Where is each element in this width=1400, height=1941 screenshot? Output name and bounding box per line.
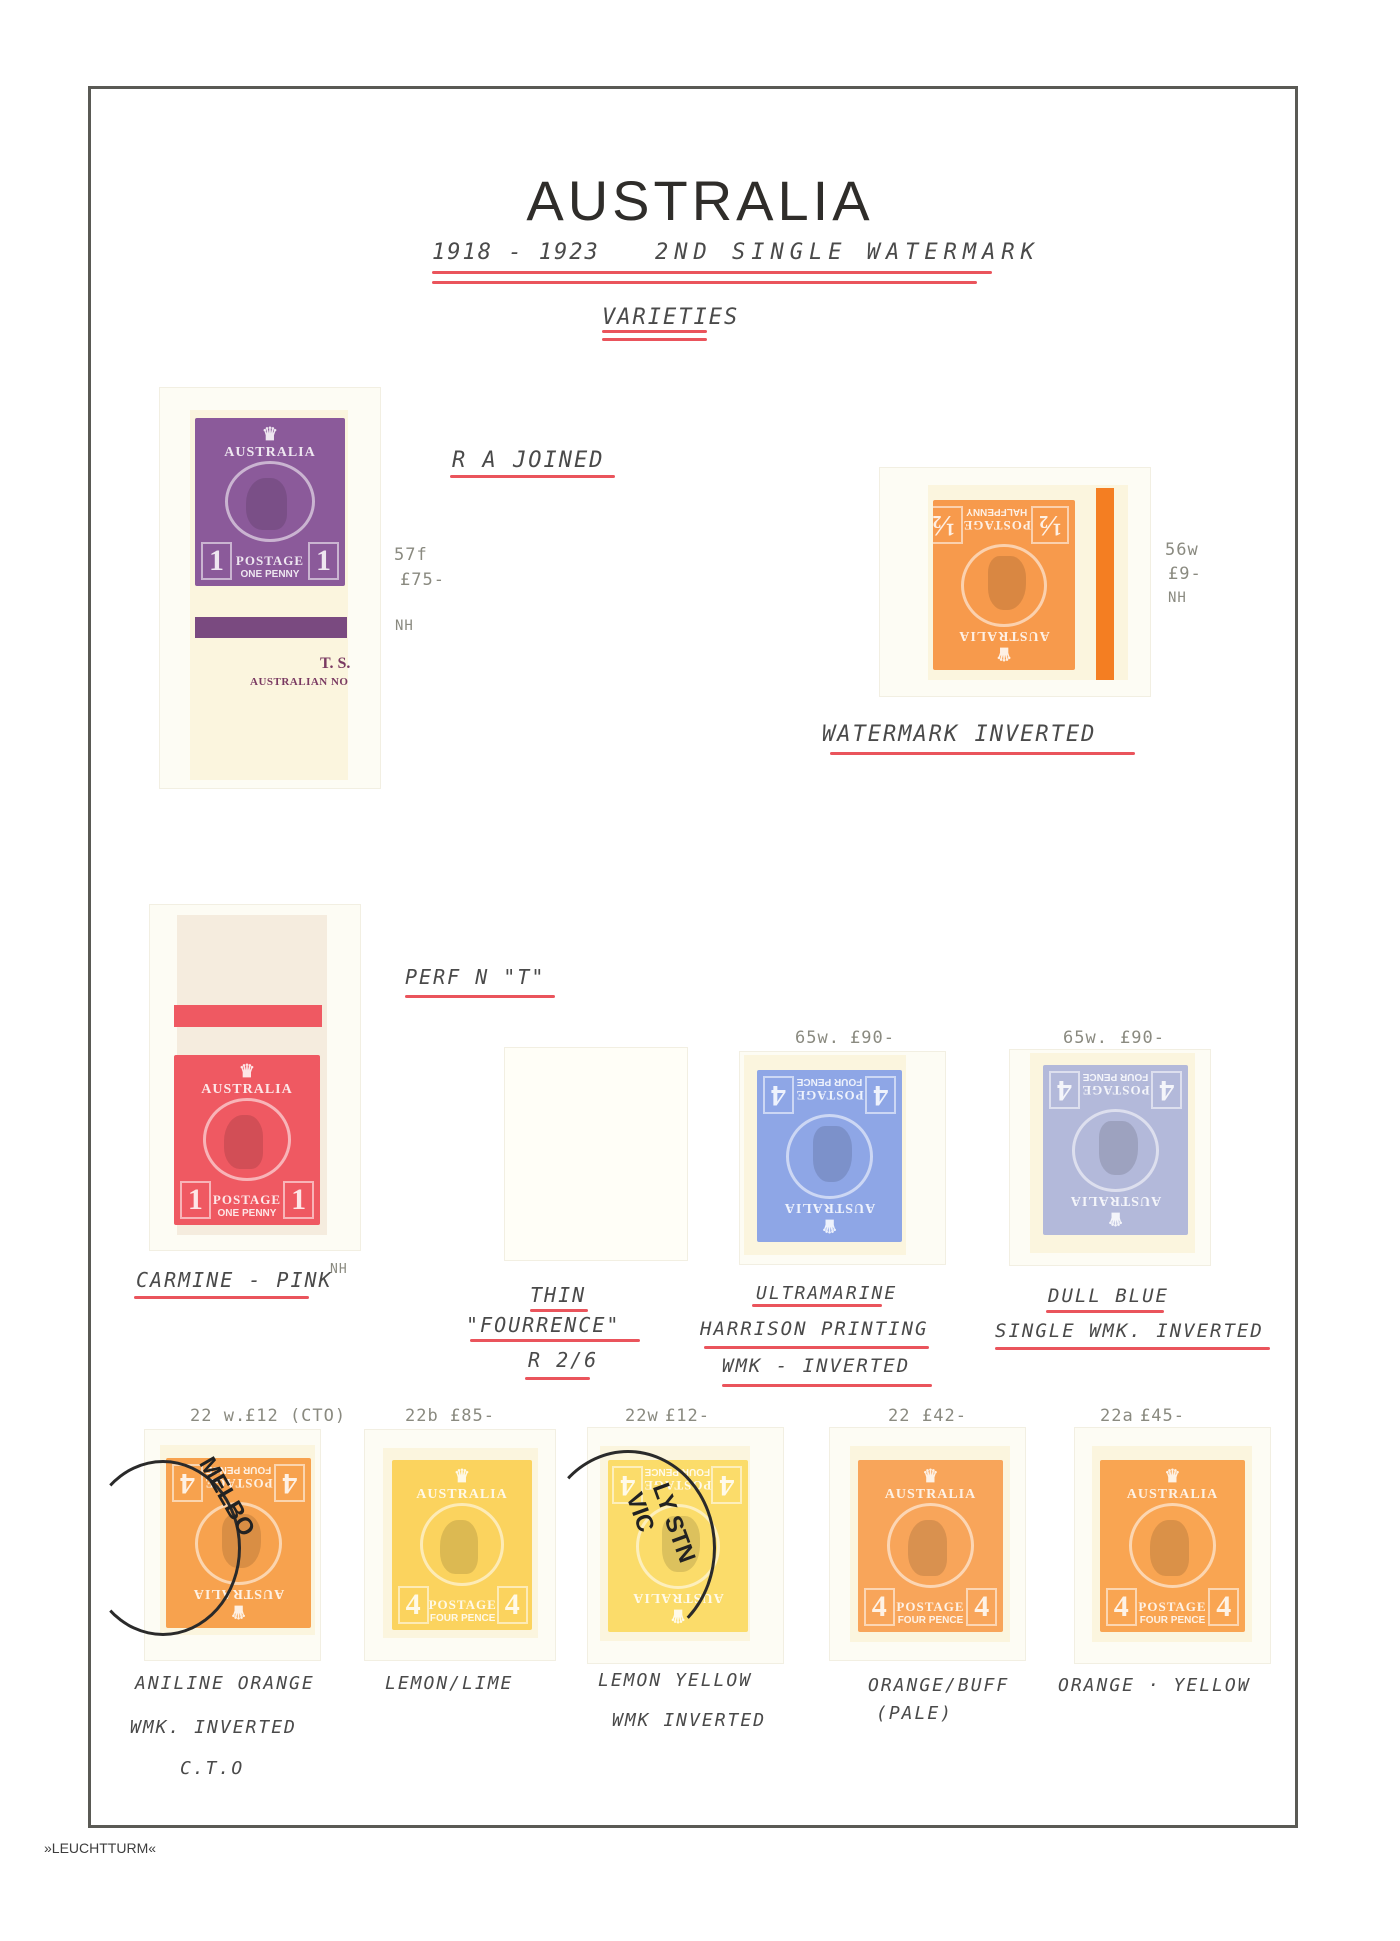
stamp-value: 4 — [497, 1586, 528, 1624]
label-line: WMK - INVERTED — [722, 1355, 910, 1377]
page-title: AUSTRALIA — [0, 168, 1400, 233]
stamp-value: 4 — [864, 1588, 895, 1626]
crown-icon: ♛ — [454, 1466, 470, 1487]
stamp-value: 1 — [201, 542, 232, 580]
stamp-postage: POSTAGE — [963, 517, 1031, 533]
stamp-value: ½ — [1031, 506, 1070, 544]
label-line: WMK INVERTED — [612, 1710, 766, 1731]
subtitle-years: 1918 - 1923 — [432, 240, 600, 265]
underline — [830, 752, 1135, 755]
price: £45- — [1140, 1406, 1185, 1426]
catalogue-number: 57f — [394, 545, 428, 565]
stamp-4d-lemon-lime[interactable]: ♛ AUSTRALIA 4 POSTAGEFOUR PENCE 4 — [392, 1460, 532, 1630]
stamp-word: FOUR PENCE — [797, 1076, 863, 1087]
underline — [1046, 1310, 1164, 1313]
condition: NH — [395, 618, 414, 634]
stamp-value: 4 — [966, 1588, 997, 1626]
empty-stamp-mount — [505, 1048, 687, 1260]
stamp-word: FOUR PENCE — [1140, 1615, 1206, 1626]
king-portrait — [1072, 1109, 1159, 1192]
stamp-word: FOUR PENCE — [430, 1613, 496, 1624]
postmark-text: LY STN VIC — [620, 1479, 707, 1592]
crown-icon: ♛ — [922, 1466, 938, 1487]
label-line: R 2/6 — [528, 1348, 598, 1372]
stamp-value: 4 — [865, 1076, 896, 1114]
stamp-country: AUSTRALIA — [958, 627, 1049, 643]
stamp-4d-orange-buff[interactable]: ♛ AUSTRALIA 4 POSTAGEFOUR PENCE 4 — [858, 1460, 1003, 1632]
label-line: DULL BLUE — [1048, 1285, 1169, 1307]
stamp-word: ONE PENNY — [241, 569, 300, 580]
stamp-postage: POSTAGE — [429, 1597, 497, 1613]
condition: NH — [330, 1262, 348, 1277]
stamp-country: AUSTRALIA — [201, 1082, 292, 1098]
label-line: WMK. INVERTED — [130, 1717, 297, 1738]
king-portrait — [1129, 1503, 1216, 1588]
label-ra-joined: R A JOINED — [452, 448, 604, 473]
stamp-4d-ultramarine[interactable]: ♛ AUSTRALIA 4 POSTAGEFOUR PENCE 4 — [757, 1070, 902, 1242]
label-line: SINGLE WMK. INVERTED — [995, 1320, 1264, 1342]
crown-icon: ♛ — [1107, 1208, 1123, 1229]
stamp-value: 4 — [398, 1586, 429, 1624]
crown-icon: ♛ — [262, 424, 278, 445]
stamp-word: ONE PENNY — [218, 1208, 277, 1219]
stamp-country: AUSTRALIA — [784, 1199, 875, 1215]
stamp-half-orange[interactable]: ♛ AUSTRALIA ½ POSTAGEHALFPENNY ½ — [933, 500, 1075, 670]
underline — [995, 1347, 1270, 1350]
label-line: LEMON YELLOW — [598, 1670, 752, 1691]
price: £75- — [400, 570, 445, 590]
label-line: ORANGE/BUFF — [868, 1675, 1009, 1696]
catalogue-number: 65w. — [1063, 1028, 1108, 1048]
king-portrait — [786, 1114, 873, 1199]
stamp-4d-orange-yellow[interactable]: ♛ AUSTRALIA 4 POSTAGEFOUR PENCE 4 — [1100, 1460, 1245, 1632]
stamp-country: AUSTRALIA — [416, 1487, 507, 1503]
catalogue-number: 22b — [405, 1406, 439, 1426]
section-heading: VARIETIES — [602, 305, 739, 330]
stamp-country: AUSTRALIA — [224, 445, 315, 461]
catalogue-number: 65w. — [795, 1028, 840, 1048]
label-perf-t: PERF N "T" — [405, 965, 545, 989]
crown-icon: ♛ — [996, 643, 1012, 664]
king-portrait — [420, 1503, 504, 1586]
underline — [450, 475, 615, 478]
margin-imprint: T. S. — [320, 655, 350, 673]
stamp-postage: POSTAGE — [213, 1192, 281, 1208]
postmark-cancel: LY STN VIC — [540, 1450, 716, 1646]
stamp-postage: POSTAGE — [1138, 1599, 1206, 1615]
subtitle-issue: 2ND SINGLE WATERMARK — [655, 240, 1040, 265]
underline — [752, 1304, 882, 1307]
stamp-country: AUSTRALIA — [885, 1487, 976, 1503]
stamp-value: 4 — [1049, 1071, 1080, 1109]
underline — [432, 281, 977, 284]
price: £90- — [850, 1028, 895, 1048]
catalogue-number: 22a — [1100, 1406, 1134, 1426]
stamp-postage: POSTAGE — [795, 1087, 863, 1103]
price: £90- — [1120, 1028, 1165, 1048]
label-line: ULTRAMARINE — [756, 1283, 897, 1304]
price: £42- — [922, 1406, 967, 1426]
stamp-value: 4 — [763, 1076, 794, 1114]
plate-bar — [1096, 488, 1114, 680]
stamp-word: FOUR PENCE — [898, 1615, 964, 1626]
label-watermark-inverted: WATERMARK INVERTED — [822, 722, 1096, 747]
price: £9- — [1168, 564, 1202, 584]
label-line: C.T.O — [180, 1758, 244, 1779]
underline — [722, 1384, 932, 1387]
stamp-value: 1 — [283, 1181, 314, 1219]
crown-icon: ♛ — [230, 1601, 246, 1622]
label-line: THIN — [530, 1283, 586, 1307]
stamp-postage: POSTAGE — [236, 553, 304, 569]
stamp-1d-carmine[interactable]: ♛ AUSTRALIA 1 POSTAGEONE PENNY 1 — [174, 1055, 320, 1225]
stamp-value: 4 — [711, 1466, 742, 1504]
stamp-value: 4 — [1151, 1071, 1182, 1109]
label-carmine-pink: CARMINE - PINK — [136, 1268, 333, 1292]
price: £85- — [450, 1406, 495, 1426]
stamp-value: ½ — [933, 506, 963, 544]
label-line: (PALE) — [876, 1703, 953, 1724]
label-line: ORANGE · YELLOW — [1058, 1675, 1251, 1696]
postmark-cancel: MELBO — [85, 1460, 241, 1636]
stamp-postage: POSTAGE — [1081, 1082, 1149, 1098]
crown-icon: ♛ — [239, 1061, 255, 1082]
plate-bar — [174, 1005, 322, 1027]
stamp-value: 4 — [1208, 1588, 1239, 1626]
catalogue-number: 22w — [625, 1406, 659, 1426]
king-portrait — [203, 1098, 291, 1181]
stamp-word: HALFPENNY — [966, 506, 1027, 517]
catalogue-number: 22 — [888, 1406, 910, 1426]
underline — [134, 1296, 309, 1299]
stamp-country: AUSTRALIA — [1070, 1192, 1161, 1208]
stamp-value: 4 — [1106, 1588, 1137, 1626]
label-line: HARRISON PRINTING — [700, 1318, 928, 1340]
stamp-value: 1 — [308, 542, 339, 580]
stamp-4d-dull-blue[interactable]: ♛ AUSTRALIA 4 POSTAGEFOUR PENCE 4 — [1043, 1065, 1188, 1235]
underline — [470, 1339, 640, 1342]
label-line: "FOURRENCE" — [466, 1313, 620, 1337]
underline — [525, 1377, 590, 1380]
price: £12 (CTO) — [245, 1406, 346, 1426]
stamp-word: FOUR PENCE — [1083, 1071, 1149, 1082]
stamp-postage: POSTAGE — [896, 1599, 964, 1615]
catalogue-number: 22 w. — [190, 1406, 246, 1426]
underline — [405, 995, 555, 998]
crown-icon: ♛ — [1164, 1466, 1180, 1487]
condition: NH — [1168, 590, 1187, 606]
plate-bar — [195, 617, 347, 638]
underline — [432, 271, 992, 274]
stamp-1d-violet[interactable]: ♛ AUSTRALIA 1 POSTAGEONE PENNY 1 — [195, 418, 345, 586]
underline — [602, 330, 707, 333]
stamp-value: 4 — [274, 1464, 305, 1502]
underline — [602, 338, 707, 341]
margin-imprint: AUSTRALIAN NO — [250, 676, 349, 688]
price: £12- — [665, 1406, 710, 1426]
underline — [530, 1309, 588, 1312]
crown-icon: ♛ — [821, 1215, 837, 1236]
brand-footer: »LEUCHTTURM« — [44, 1840, 156, 1856]
underline — [704, 1346, 929, 1349]
king-portrait — [887, 1503, 974, 1588]
label-line: ANILINE ORANGE — [135, 1673, 315, 1694]
catalogue-number: 56w — [1165, 540, 1199, 560]
stamp-value: 1 — [180, 1181, 211, 1219]
king-portrait — [225, 461, 315, 542]
king-portrait — [961, 544, 1047, 627]
label-line: LEMON/LIME — [385, 1673, 513, 1694]
stamp-country: AUSTRALIA — [1127, 1487, 1218, 1503]
